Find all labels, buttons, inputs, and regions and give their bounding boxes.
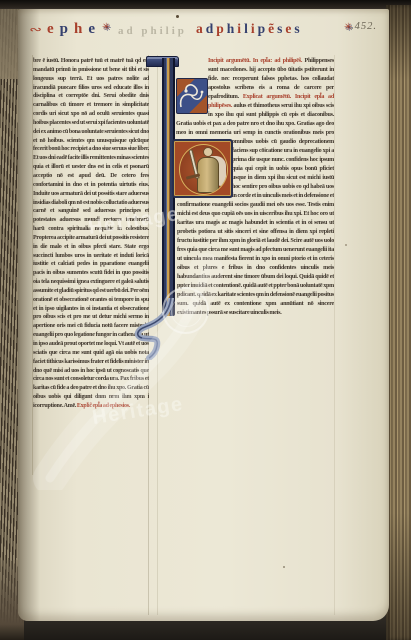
initial-tail-flourish — [133, 298, 193, 360]
text-segment: Explic̃ epl̃a ad ephesios. — [77, 403, 130, 409]
text-column-right: Incipit argumētū. In epl̃a: ad philipēs̃… — [151, 57, 334, 471]
header-letter: e — [47, 19, 54, 39]
header-letter: i — [251, 19, 255, 39]
initial-filigree-panel — [176, 78, 208, 114]
header-letter: d — [206, 19, 214, 39]
text-segment: Incipit argumētū. In epl̃a: ad philipēs̃… — [208, 58, 304, 64]
header-letter: s — [277, 19, 282, 39]
header-letter: ẽ — [268, 19, 274, 39]
miniature-roundel — [179, 144, 228, 195]
initial-miniature-panel — [172, 139, 233, 198]
parchment-speck — [345, 244, 347, 246]
text-column-left: bre ē iustū. Honora patrē tuū et matrē t… — [33, 57, 149, 475]
header-letter: p — [216, 19, 224, 39]
filigree-vine-icon — [177, 79, 206, 112]
folio-number: .452. — [351, 21, 377, 32]
header-letter: p — [60, 19, 68, 39]
header-letter: p — [258, 19, 266, 39]
fore-edge-shadow — [386, 5, 411, 640]
manuscript-photo: ∾ ephe ✳ ad philip adphilipẽses ✳ .452. … — [0, 0, 411, 640]
header-letter: h — [74, 19, 82, 39]
ruling-line — [334, 55, 335, 615]
running-title-ephesians: ephe — [47, 19, 95, 39]
saint-paul-robe — [197, 157, 219, 193]
header-letter: l — [244, 19, 248, 39]
parchment-speck — [176, 15, 179, 18]
text-segment: aulus et thimotheus serui ihu xpi oibus … — [176, 103, 334, 316]
header-letter: s — [294, 19, 299, 39]
parchment-speck — [283, 566, 285, 568]
header-flourish-icon: ∾ — [29, 23, 42, 36]
header-letter: e — [285, 19, 291, 39]
header-ink-offset: ad philip — [118, 25, 187, 37]
header-knot-icon: ✳ — [102, 22, 110, 33]
header-letter: i — [237, 19, 241, 39]
running-title-philippians: adphilipẽses — [196, 19, 300, 39]
header-letter: h — [227, 19, 235, 39]
header-letter: e — [88, 19, 95, 39]
header-letter: a — [196, 19, 203, 39]
text-segment: bre ē iustū. Honora patrē tuū et matrē t… — [33, 58, 149, 409]
